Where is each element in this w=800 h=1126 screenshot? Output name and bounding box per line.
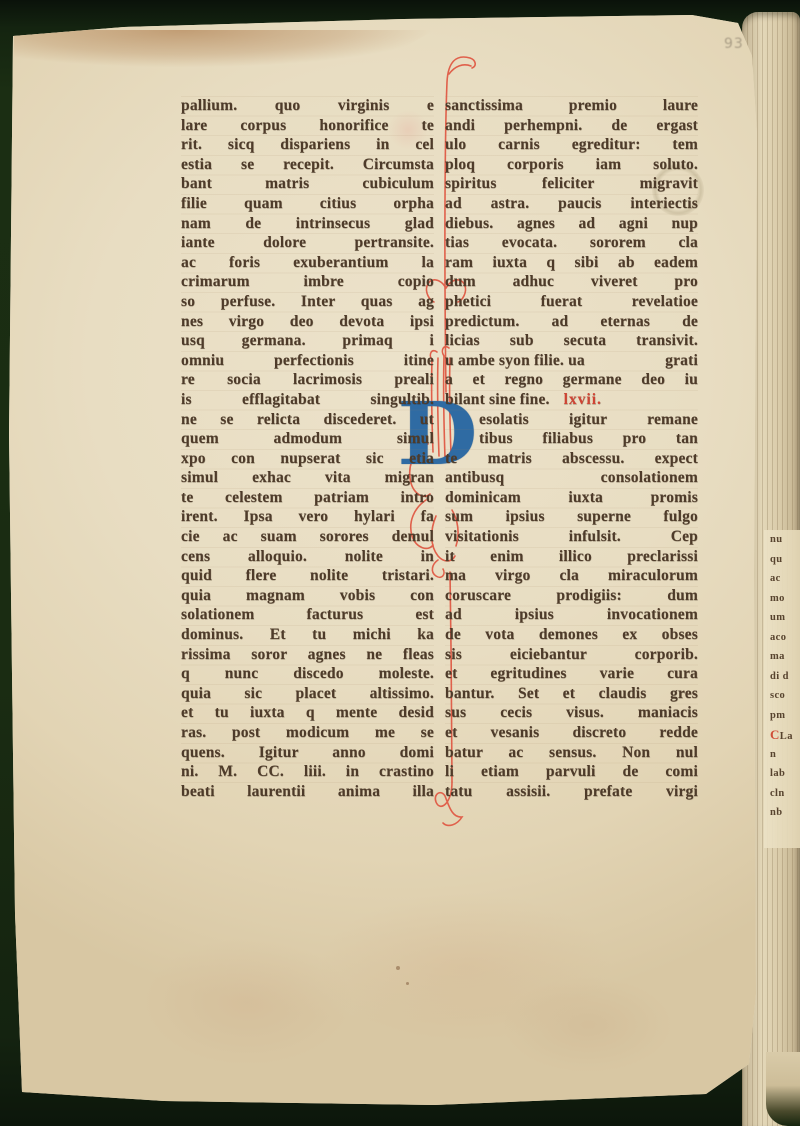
text-line-content: is efflagitabat singultib.: [181, 391, 434, 408]
text-line: batur ac sensus. Non nul: [445, 743, 698, 763]
text-line: andi perhempni. de ergast: [445, 116, 698, 136]
text-line-content: solationem facturus est: [181, 606, 434, 623]
text-line: quem admodum simul: [181, 429, 434, 449]
text-line: ac foris exuberantium la: [181, 253, 434, 273]
text-line: licias sub secuta transivit.: [445, 331, 698, 351]
text-line-content: phetici fuerat revelatioe: [445, 293, 698, 310]
text-line-content: grati: [665, 351, 698, 371]
text-line-content: nes virgo deo devota ipsi: [181, 313, 434, 330]
text-column-left: pallium. quo virginis elare corpus honor…: [181, 96, 434, 801]
text-column-right: sanctissima premio laureandi perhempni. …: [445, 96, 698, 801]
text-line: sis eiciebantur corporib.: [445, 645, 698, 665]
text-line-content: licias sub secuta transivit.: [445, 332, 698, 349]
manuscript-photo: nuquacmoumacomadi dscopmCLanlabclnnb 93: [0, 0, 800, 1126]
text-line: et egritudines varie cura: [445, 664, 698, 684]
text-line: a et regno germane deo iu: [445, 370, 698, 390]
text-line: et tu iuxta q mente desid: [181, 703, 434, 723]
text-line-content: omniu perfectionis itine: [181, 352, 434, 369]
text-line: dominicam iuxta promis: [445, 488, 698, 508]
next-folio-text-fragment: pm: [764, 706, 800, 726]
text-line-content: cens alloquio. nolite in: [181, 548, 434, 565]
text-line: xpo con nupserat sic etia: [181, 449, 434, 469]
text-line: ras. post modicum me se: [181, 723, 434, 743]
text-line: ne se relicta discederet. ut: [181, 410, 434, 430]
red-initial-fragment: C: [770, 727, 780, 742]
next-folio-text-fragment: ma: [764, 647, 800, 667]
text-line-content: ras. post modicum me se: [181, 724, 434, 741]
text-line: irent. Ipsa vero hylari fa: [181, 507, 434, 527]
text-line-content: estia se recepit. Circumsta: [181, 156, 434, 173]
text-line-content: simul exhac vita migran: [181, 469, 434, 486]
text-line-content: ulo carnis egreditur: tem: [445, 136, 698, 153]
next-folio-edge-text: nuquacmoumacomadi dscopmCLanlabclnnb: [764, 530, 800, 848]
text-line-content: andi perhempni. de ergast: [445, 117, 698, 134]
text-line: coruscare prodigiis: dum: [445, 586, 698, 606]
fragment-text: cln: [770, 788, 785, 799]
next-folio-text-fragment: sco: [764, 686, 800, 706]
text-line: tias evocata. sororem cla: [445, 233, 698, 253]
next-folio-text-fragment: di d: [764, 667, 800, 687]
text-line-content: antibusq consolationem: [445, 469, 698, 486]
text-line: pallium. quo virginis e: [181, 96, 434, 116]
text-line-content: so perfuse. Inter quas ag: [181, 293, 434, 310]
text-line: ni. M. CC. liii. in crastino: [181, 762, 434, 782]
next-folio-text-fragment: aco: [764, 628, 800, 648]
text-line: cie ac suam sorores demul: [181, 527, 434, 547]
stain: [14, 30, 434, 74]
fragment-text: lab: [770, 768, 785, 779]
text-line-content: it enim illico preclarissi: [445, 548, 698, 565]
text-line-content: rissima soror agnes ne fleas: [181, 646, 434, 663]
text-line-content: rit. sicq dispariens in cel: [181, 136, 434, 153]
text-line-content: usq germana. primaq i: [181, 332, 434, 349]
fragment-text: mo: [770, 593, 785, 604]
next-folio-text-fragment: nb: [764, 803, 800, 823]
text-line-content: quia magnam vobis con: [181, 587, 434, 604]
next-folio-text-fragment: lab: [764, 764, 800, 784]
text-line: antibusq consolationem: [445, 468, 698, 488]
fragment-text: ac: [770, 573, 781, 584]
text-line: bilant sine fine.lxvii.: [445, 390, 698, 410]
text-line: is efflagitabat singultib.: [181, 390, 434, 410]
text-line-content: dominicam iuxta promis: [445, 489, 698, 506]
text-line: quid flere nolite tristari.: [181, 566, 434, 586]
text-line-content: ad ipsius invocationem: [445, 606, 698, 623]
parchment-mottling: [44, 864, 724, 1094]
text-line: nam de intrinsecus glad: [181, 214, 434, 234]
text-line: rissima soror agnes ne fleas: [181, 645, 434, 665]
text-line: rit. sicq dispariens in cel: [181, 135, 434, 155]
text-line-content: lare corpus honorifice te: [181, 117, 434, 134]
text-line: it enim illico preclarissi: [445, 547, 698, 567]
text-line-content: quens. Igitur anno domi: [181, 744, 434, 761]
text-line-content: ne se relicta discederet. ut: [181, 411, 434, 428]
text-line-content: bilant sine fine.: [445, 391, 550, 408]
text-line: sum ipsius superne fulgo: [445, 507, 698, 527]
text-line-content: pallium. quo virginis e: [181, 97, 434, 114]
fragment-text: sco: [770, 690, 785, 701]
bottom-page-curl: [766, 1052, 800, 1126]
text-line: de vota demones ex obses: [445, 625, 698, 645]
text-line: quens. Igitur anno domi: [181, 743, 434, 763]
fragment-text: di d: [770, 671, 789, 682]
next-folio-text-fragment: nu: [764, 530, 800, 550]
text-line-content: batur ac sensus. Non nul: [445, 744, 698, 761]
text-line: tibus filiabus pro tan: [445, 429, 698, 449]
text-line: re socia lacrimosis preali: [181, 370, 434, 390]
text-line: spiritus feliciter migravit: [445, 174, 698, 194]
text-line-content: ni. M. CC. liii. in crastino: [181, 763, 434, 780]
text-line: dum adhuc viveret pro: [445, 272, 698, 292]
text-line: lare corpus honorifice te: [181, 116, 434, 136]
text-line: solationem facturus est: [181, 605, 434, 625]
next-folio-text-fragment: qu: [764, 550, 800, 570]
text-line-content: tatu assisii. prefate virgi: [445, 783, 698, 800]
text-line: ploq corporis iam soluto.: [445, 155, 698, 175]
text-line-content: visitationis infulsit. Cep: [445, 528, 698, 545]
text-line-content: beati laurentii anima illa: [181, 783, 434, 800]
text-line: quia magnam vobis con: [181, 586, 434, 606]
text-line: et vesanis discreto redde: [445, 723, 698, 743]
text-line-content: te celestem patriam intro: [181, 489, 434, 506]
text-line: ram iuxta q sibi ab eadem: [445, 253, 698, 273]
text-line: q nunc discedo moleste.: [181, 664, 434, 684]
text-line: estia se recepit. Circumsta: [181, 155, 434, 175]
text-line-content: et egritudines varie cura: [445, 665, 698, 682]
text-line-content: nam de intrinsecus glad: [181, 215, 434, 232]
text-line: phetici fuerat revelatioe: [445, 292, 698, 312]
fragment-text: nu: [770, 534, 782, 545]
text-line: crimarum imbre copio: [181, 272, 434, 292]
text-line-content: tias evocata. sororem cla: [445, 234, 698, 251]
text-line-content: ploq corporis iam soluto.: [445, 156, 698, 173]
fragment-text: ma: [770, 651, 785, 662]
text-line: u ambe syon filie. uagrati: [445, 351, 698, 371]
next-folio-text-fragment: n: [764, 745, 800, 765]
text-line: usq germana. primaq i: [181, 331, 434, 351]
fragment-text: n: [770, 749, 776, 760]
fragment-text: La: [780, 731, 793, 742]
text-line-content: et vesanis discreto redde: [445, 724, 698, 741]
text-line: ad astra. paucis interiectis: [445, 194, 698, 214]
text-line: ad ipsius invocationem: [445, 605, 698, 625]
text-line: diebus. agnes ad agni nup: [445, 214, 698, 234]
text-line: esolatis igitur remane: [445, 410, 698, 430]
next-folio-text-fragment: um: [764, 608, 800, 628]
fragment-text: qu: [770, 554, 782, 565]
text-line: nes virgo deo devota ipsi: [181, 312, 434, 332]
text-line-content: crimarum imbre copio: [181, 273, 434, 290]
text-line: omniu perfectionis itine: [181, 351, 434, 371]
text-line: predictum. ad eternas de: [445, 312, 698, 332]
fragment-text: pm: [770, 710, 785, 721]
fragment-text: um: [770, 612, 785, 623]
text-line-content: cie ac suam sorores demul: [181, 528, 434, 545]
text-line-content: te matris abscessu. expect: [445, 450, 698, 467]
text-line-content: irent. Ipsa vero hylari fa: [181, 508, 434, 525]
manuscript-page: 93 D pa: [4, 14, 762, 1108]
text-line-content: sum ipsius superne fulgo: [445, 508, 698, 525]
text-line: bantur. Set et claudis gres: [445, 684, 698, 704]
text-line-content: coruscare prodigiis: dum: [445, 587, 698, 604]
ink-speck: [406, 982, 409, 985]
text-line-content: quid flere nolite tristari.: [181, 567, 434, 584]
text-line-content: sanctissima premio laure: [445, 97, 698, 114]
fragment-text: aco: [770, 632, 786, 643]
text-line-content: dum adhuc viveret pro: [445, 273, 698, 290]
text-line-content: ma virgo cla miraculorum: [445, 567, 698, 584]
text-line: te celestem patriam intro: [181, 488, 434, 508]
text-line-content: esolatis igitur remane: [479, 411, 698, 428]
text-line-content: et tu iuxta q mente desid: [181, 704, 434, 721]
text-line: li etiam parvuli de comi: [445, 762, 698, 782]
text-line: cens alloquio. nolite in: [181, 547, 434, 567]
text-line-content: dominus. Et tu michi ka: [181, 626, 434, 643]
text-line-content: quem admodum simul: [181, 430, 434, 447]
text-line: iante dolore pertransite.: [181, 233, 434, 253]
text-line-content: bantur. Set et claudis gres: [445, 685, 698, 702]
text-line-content: sus cecis visus. maniacis: [445, 704, 698, 721]
text-line: so perfuse. Inter quas ag: [181, 292, 434, 312]
text-line: filie quam citius orpha: [181, 194, 434, 214]
next-folio-text-fragment: cln: [764, 784, 800, 804]
text-line-content: tibus filiabus pro tan: [479, 430, 698, 447]
next-folio-text-fragment: ac: [764, 569, 800, 589]
text-line: ma virgo cla miraculorum: [445, 566, 698, 586]
text-line-content: q nunc discedo moleste.: [181, 665, 434, 682]
text-line-content: diebus. agnes ad agni nup: [445, 215, 698, 232]
text-line-content: xpo con nupserat sic etia: [181, 450, 434, 467]
text-line: sus cecis visus. maniacis: [445, 703, 698, 723]
text-line-content: ac foris exuberantium la: [181, 254, 434, 271]
chapter-number-rubric: lxvii.: [564, 391, 602, 408]
text-line-content: re socia lacrimosis preali: [181, 371, 434, 388]
text-line-content: quia sic placet altissimo.: [181, 685, 434, 702]
text-line-content: ad astra. paucis interiectis: [445, 195, 698, 212]
text-line-content: ram iuxta q sibi ab eadem: [445, 254, 698, 271]
text-line: visitationis infulsit. Cep: [445, 527, 698, 547]
ink-speck: [396, 966, 400, 970]
text-line-content: bant matris cubiculum: [181, 175, 434, 192]
fragment-text: nb: [770, 807, 782, 818]
text-line: quia sic placet altissimo.: [181, 684, 434, 704]
text-line: tatu assisii. prefate virgi: [445, 782, 698, 802]
text-line-content: sis eiciebantur corporib.: [445, 646, 698, 663]
text-line: simul exhac vita migran: [181, 468, 434, 488]
text-line-content: iante dolore pertransite.: [181, 234, 434, 251]
text-line-content: spiritus feliciter migravit: [445, 175, 698, 192]
text-line-content: filie quam citius orpha: [181, 195, 434, 212]
text-line-content: predictum. ad eternas de: [445, 313, 698, 330]
text-line-content: a et regno germane deo iu: [445, 371, 698, 388]
text-line: ulo carnis egreditur: tem: [445, 135, 698, 155]
text-line-content: li etiam parvuli de comi: [445, 763, 698, 780]
text-line: dominus. Et tu michi ka: [181, 625, 434, 645]
text-line-content: de vota demones ex obses: [445, 626, 698, 643]
text-line: beati laurentii anima illa: [181, 782, 434, 802]
text-line-content: u ambe syon filie. ua: [445, 351, 585, 371]
text-line: te matris abscessu. expect: [445, 449, 698, 469]
next-folio-text-fragment: mo: [764, 589, 800, 609]
next-folio-text-fragment: CLa: [764, 725, 800, 745]
text-line: sanctissima premio laure: [445, 96, 698, 116]
text-line: bant matris cubiculum: [181, 174, 434, 194]
